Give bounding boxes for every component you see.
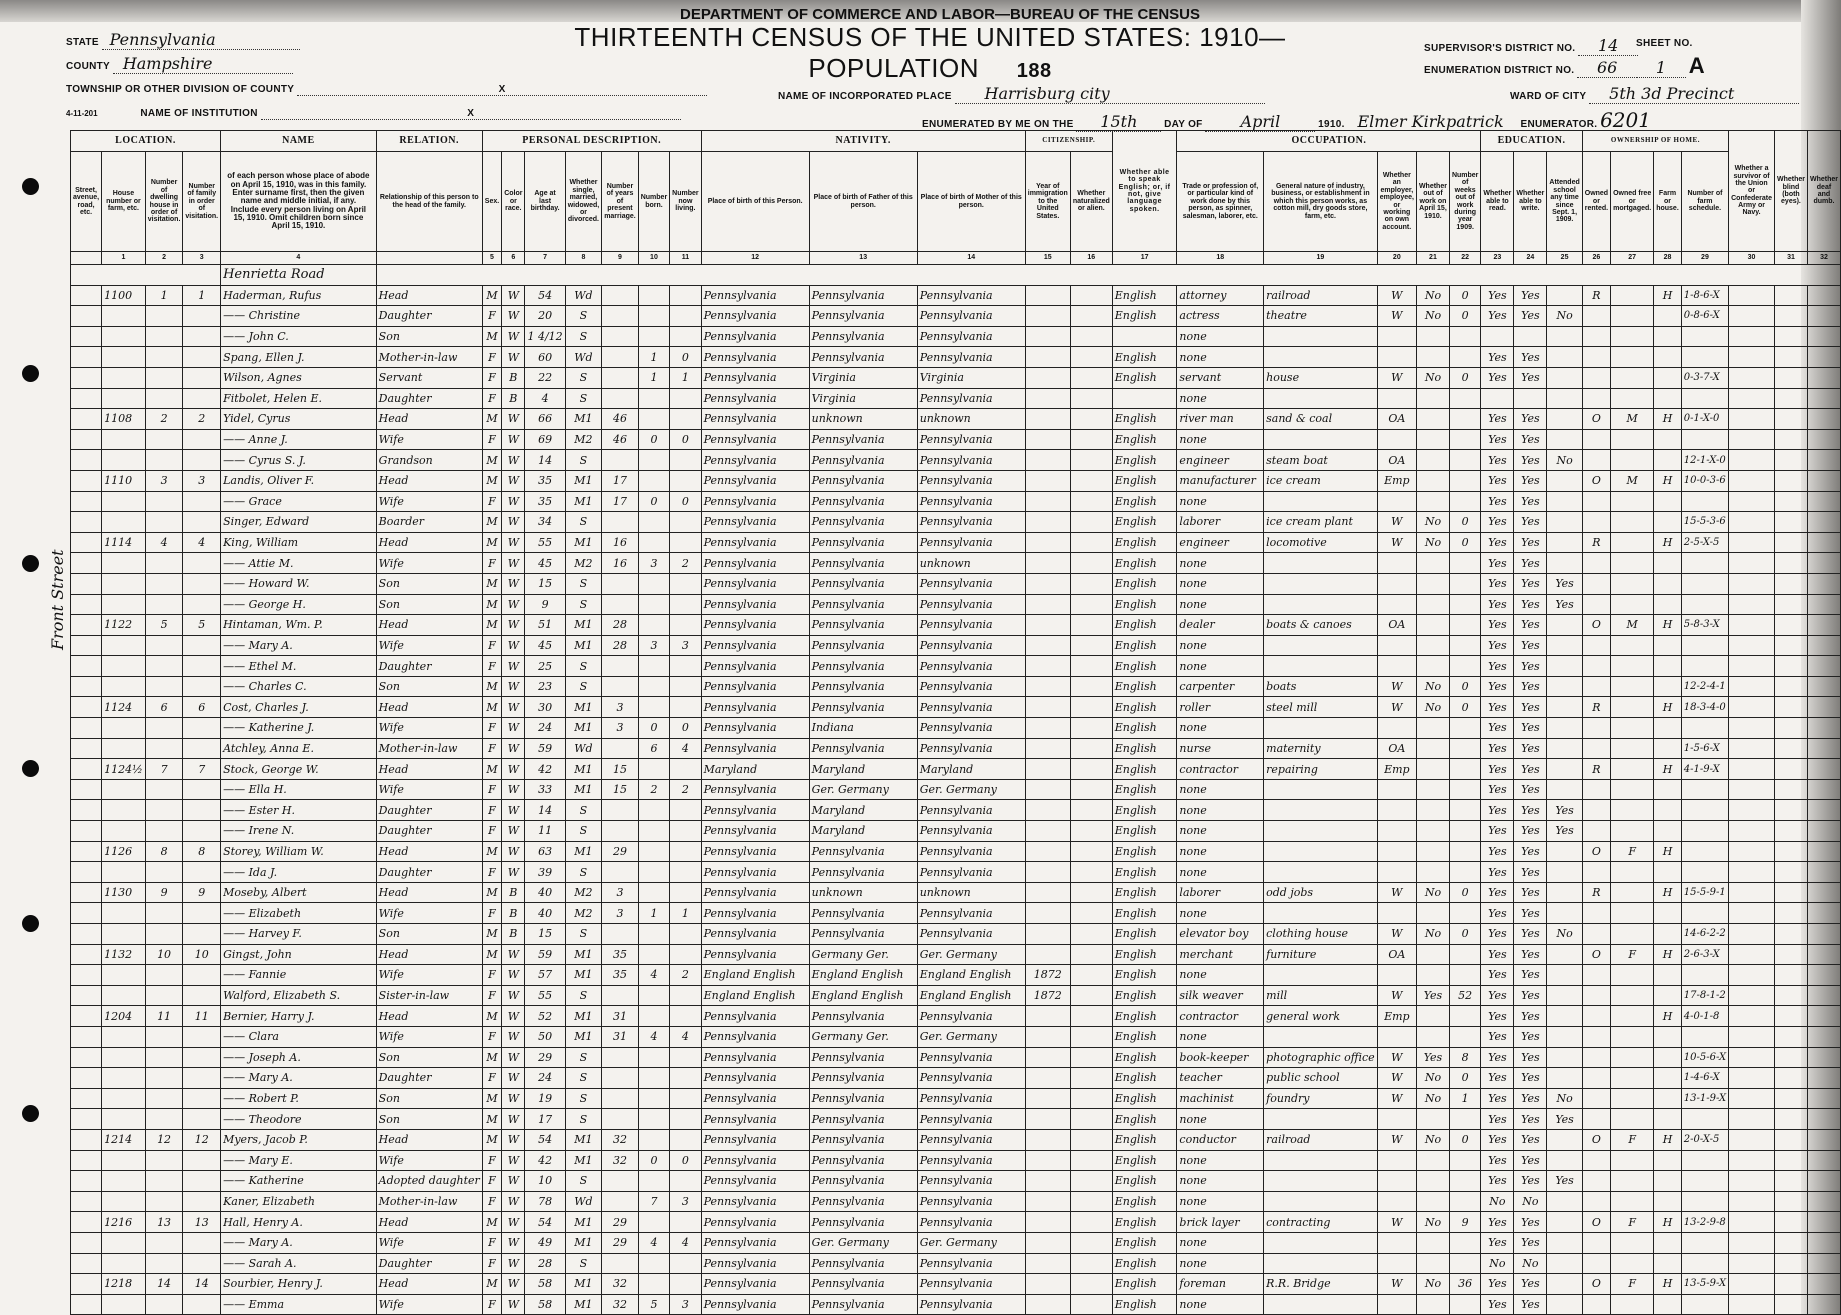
industry: boats & canoes bbox=[1264, 615, 1378, 636]
age: 78 bbox=[525, 1191, 565, 1212]
header-sex: Sex. bbox=[482, 152, 501, 252]
mortgage: F bbox=[1611, 1274, 1654, 1295]
industry bbox=[1264, 821, 1378, 842]
street-cell bbox=[71, 388, 102, 409]
farm-house bbox=[1654, 821, 1682, 842]
out-of-work bbox=[1416, 1191, 1449, 1212]
industry bbox=[1264, 862, 1378, 883]
house-number: 1122 bbox=[102, 615, 146, 636]
relationship: Boarder bbox=[376, 512, 482, 533]
person-name: —— Cyrus S. J. bbox=[221, 450, 377, 471]
house-number bbox=[102, 1109, 146, 1130]
children-living bbox=[670, 1212, 701, 1233]
farm-house bbox=[1654, 1191, 1682, 1212]
can-read: Yes bbox=[1481, 285, 1514, 306]
industry bbox=[1264, 718, 1378, 739]
birthplace-person: Pennsylvania bbox=[701, 1150, 809, 1171]
owned-rented bbox=[1582, 1191, 1610, 1212]
family-number bbox=[183, 800, 221, 821]
children-born bbox=[638, 697, 669, 718]
table-row: —— Howard W.SonMW15SPennsylvaniaPennsylv… bbox=[71, 573, 1841, 594]
trade: nurse bbox=[1177, 738, 1264, 759]
children-born bbox=[638, 759, 669, 780]
header-relation: Relationship of this person to the head … bbox=[376, 152, 482, 252]
column-number: 32 bbox=[1807, 252, 1840, 265]
children-born bbox=[638, 450, 669, 471]
can-write: Yes bbox=[1514, 1150, 1547, 1171]
language: English bbox=[1112, 656, 1177, 677]
out-of-work bbox=[1416, 759, 1449, 780]
can-write: Yes bbox=[1514, 759, 1547, 780]
children-born bbox=[638, 388, 669, 409]
birthplace-person: Pennsylvania bbox=[701, 738, 809, 759]
can-write: Yes bbox=[1514, 470, 1547, 491]
relationship: Wife bbox=[376, 1294, 482, 1315]
owned-rented bbox=[1582, 367, 1610, 388]
relationship: Head bbox=[376, 1212, 482, 1233]
farm-house: H bbox=[1654, 615, 1682, 636]
race: B bbox=[502, 388, 525, 409]
naturalization bbox=[1070, 512, 1112, 533]
out-of-work: No bbox=[1416, 1274, 1449, 1295]
punch-hole bbox=[22, 555, 39, 572]
dwelling-number: 3 bbox=[145, 470, 183, 491]
house-number bbox=[102, 1171, 146, 1192]
birthplace-mother: Pennsylvania bbox=[917, 512, 1025, 533]
birthplace-father: Pennsylvania bbox=[809, 676, 917, 697]
table-row: 111033Landis, Oliver F.HeadMW35M117Penns… bbox=[71, 470, 1841, 491]
weeks-out: 52 bbox=[1449, 985, 1480, 1006]
mortgage bbox=[1611, 676, 1654, 697]
relationship: Grandson bbox=[376, 450, 482, 471]
institution-value: X bbox=[261, 108, 681, 120]
blind bbox=[1774, 985, 1807, 1006]
birthplace-father: Pennsylvania bbox=[809, 1294, 917, 1315]
sex: F bbox=[482, 1191, 501, 1212]
age: 34 bbox=[525, 512, 565, 533]
table-row: —— KatherineAdopted daughterFW10SPennsyl… bbox=[71, 1171, 1841, 1192]
family-number bbox=[183, 306, 221, 327]
office-code: 17-8-1-2 bbox=[1681, 985, 1728, 1006]
group-name: NAME bbox=[221, 131, 377, 152]
blind bbox=[1774, 862, 1807, 883]
years-married: 46 bbox=[602, 429, 639, 450]
out-of-work: No bbox=[1416, 1068, 1449, 1089]
employment-class bbox=[1377, 779, 1416, 800]
weeks-out bbox=[1449, 409, 1480, 430]
house-number bbox=[102, 862, 146, 883]
owned-rented: O bbox=[1582, 409, 1610, 430]
house-number bbox=[102, 388, 146, 409]
table-row: 12041111Bernier, Harry J.HeadMW52M131Pen… bbox=[71, 1006, 1841, 1027]
birthplace-person: Pennsylvania bbox=[701, 821, 809, 842]
dwelling-number bbox=[145, 779, 183, 800]
school bbox=[1547, 1274, 1582, 1295]
relationship: Wife bbox=[376, 635, 482, 656]
out-of-work bbox=[1416, 594, 1449, 615]
can-write: Yes bbox=[1514, 1047, 1547, 1068]
birthplace-father: Pennsylvania bbox=[809, 306, 917, 327]
mortgage bbox=[1611, 367, 1654, 388]
house-number: 1126 bbox=[102, 841, 146, 862]
marital-status: M1 bbox=[565, 409, 602, 430]
marital-status: M1 bbox=[565, 718, 602, 739]
trade: none bbox=[1177, 1171, 1264, 1192]
street-cell bbox=[71, 470, 102, 491]
age: 66 bbox=[525, 409, 565, 430]
ward-value: 5th 3d Precinct bbox=[1589, 84, 1799, 104]
veteran bbox=[1729, 367, 1775, 388]
children-living bbox=[670, 862, 701, 883]
language: English bbox=[1112, 903, 1177, 924]
mortgage: M bbox=[1611, 409, 1654, 430]
out-of-work bbox=[1416, 862, 1449, 883]
naturalization bbox=[1070, 1088, 1112, 1109]
weeks-out bbox=[1449, 1006, 1480, 1027]
marital-status: M2 bbox=[565, 903, 602, 924]
language: English bbox=[1112, 676, 1177, 697]
birthplace-father: Virginia bbox=[809, 388, 917, 409]
sex: F bbox=[482, 821, 501, 842]
street-cell bbox=[71, 1026, 102, 1047]
street-cell bbox=[71, 1274, 102, 1295]
owned-rented bbox=[1582, 1171, 1610, 1192]
employment-class bbox=[1377, 1109, 1416, 1130]
out-of-work bbox=[1416, 1150, 1449, 1171]
naturalization bbox=[1070, 491, 1112, 512]
owned-rented bbox=[1582, 635, 1610, 656]
enumeration-district-field: ENUMERATION DISTRICT NO. 66 bbox=[1424, 58, 1637, 78]
header-name: of each person whose place of abode on A… bbox=[221, 152, 377, 252]
table-row: 111444King, WilliamHeadMW55M116Pennsylva… bbox=[71, 532, 1841, 553]
house-number bbox=[102, 1294, 146, 1315]
house-number bbox=[102, 1047, 146, 1068]
relationship: Wife bbox=[376, 779, 482, 800]
immigration-year bbox=[1025, 1191, 1070, 1212]
can-read: Yes bbox=[1481, 862, 1514, 883]
children-living bbox=[670, 1129, 701, 1150]
immigration-year bbox=[1025, 1109, 1070, 1130]
header-weeks-out: Number of weeks out of work during year … bbox=[1449, 152, 1480, 252]
office-code bbox=[1681, 429, 1728, 450]
naturalization bbox=[1070, 821, 1112, 842]
school: Yes bbox=[1547, 1109, 1582, 1130]
weeks-out bbox=[1449, 470, 1480, 491]
trade: contractor bbox=[1177, 1006, 1264, 1027]
blind bbox=[1774, 1294, 1807, 1315]
school: Yes bbox=[1547, 573, 1582, 594]
weeks-out bbox=[1449, 1026, 1480, 1047]
children-born bbox=[638, 841, 669, 862]
family-number bbox=[183, 450, 221, 471]
farm-house bbox=[1654, 553, 1682, 574]
office-code bbox=[1681, 862, 1728, 883]
person-name: —— Christine bbox=[221, 306, 377, 327]
deaf bbox=[1807, 718, 1840, 739]
deaf bbox=[1807, 409, 1840, 430]
birthplace-mother: Pennsylvania bbox=[917, 1171, 1025, 1192]
farm-house bbox=[1654, 862, 1682, 883]
family-number bbox=[183, 718, 221, 739]
mortgage bbox=[1611, 306, 1654, 327]
weeks-out: 0 bbox=[1449, 367, 1480, 388]
dwelling-number bbox=[145, 965, 183, 986]
language: English bbox=[1112, 779, 1177, 800]
person-name: Spang, Ellen J. bbox=[221, 347, 377, 368]
owned-rented: O bbox=[1582, 1274, 1610, 1295]
owned-rented bbox=[1582, 779, 1610, 800]
group-nativity: NATIVITY. bbox=[701, 131, 1025, 152]
birthplace-person: England English bbox=[701, 985, 809, 1006]
birthplace-father: Pennsylvania bbox=[809, 1129, 917, 1150]
weeks-out: 0 bbox=[1449, 285, 1480, 306]
header-owned-rented: Owned or rented. bbox=[1582, 152, 1610, 252]
naturalization bbox=[1070, 553, 1112, 574]
veteran bbox=[1729, 429, 1775, 450]
race: B bbox=[502, 924, 525, 945]
immigration-year bbox=[1025, 697, 1070, 718]
immigration-year bbox=[1025, 306, 1070, 327]
deaf bbox=[1807, 924, 1840, 945]
office-code: 0-3-7-X bbox=[1681, 367, 1728, 388]
naturalization bbox=[1070, 1232, 1112, 1253]
birthplace-father: Maryland bbox=[809, 821, 917, 842]
school bbox=[1547, 1047, 1582, 1068]
birthplace-father: Pennsylvania bbox=[809, 1212, 917, 1233]
trade: dealer bbox=[1177, 615, 1264, 636]
industry: contracting bbox=[1264, 1212, 1378, 1233]
birthplace-mother: Pennsylvania bbox=[917, 924, 1025, 945]
out-of-work bbox=[1416, 573, 1449, 594]
deaf bbox=[1807, 1006, 1840, 1027]
house-number bbox=[102, 821, 146, 842]
race: B bbox=[502, 367, 525, 388]
employment-class: W bbox=[1377, 512, 1416, 533]
birthplace-mother: Pennsylvania bbox=[917, 821, 1025, 842]
family-number bbox=[183, 388, 221, 409]
children-living: 2 bbox=[670, 965, 701, 986]
race: W bbox=[502, 1026, 525, 1047]
out-of-work bbox=[1416, 738, 1449, 759]
farm-house bbox=[1654, 965, 1682, 986]
children-born bbox=[638, 306, 669, 327]
race: W bbox=[502, 347, 525, 368]
children-born bbox=[638, 532, 669, 553]
years-married: 32 bbox=[602, 1129, 639, 1150]
column-number: 30 bbox=[1729, 252, 1775, 265]
weeks-out bbox=[1449, 491, 1480, 512]
sheet-number-field: SHEET NO. 1 A bbox=[1636, 38, 1705, 79]
dwelling-number bbox=[145, 1232, 183, 1253]
employment-class bbox=[1377, 1232, 1416, 1253]
group-citizenship: CITIZENSHIP. bbox=[1025, 131, 1112, 152]
birthplace-father: Maryland bbox=[809, 759, 917, 780]
out-of-work: No bbox=[1416, 1129, 1449, 1150]
school bbox=[1547, 882, 1582, 903]
weeks-out bbox=[1449, 779, 1480, 800]
sex: F bbox=[482, 1294, 501, 1315]
children-born bbox=[638, 1212, 669, 1233]
out-of-work bbox=[1416, 1026, 1449, 1047]
can-read: Yes bbox=[1481, 1047, 1514, 1068]
birthplace-father: Pennsylvania bbox=[809, 1274, 917, 1295]
industry bbox=[1264, 594, 1378, 615]
sex: F bbox=[482, 1253, 501, 1274]
enumerator-id: 6201 bbox=[1600, 108, 1651, 132]
street-cell bbox=[71, 841, 102, 862]
relationship: Daughter bbox=[376, 821, 482, 842]
race: W bbox=[502, 1006, 525, 1027]
house-number bbox=[102, 718, 146, 739]
children-living bbox=[670, 944, 701, 965]
mortgage bbox=[1611, 985, 1654, 1006]
owned-rented bbox=[1582, 347, 1610, 368]
birthplace-mother: Pennsylvania bbox=[917, 1253, 1025, 1274]
can-read: Yes bbox=[1481, 1026, 1514, 1047]
table-row: —— EmmaWifeFW58M13253PennsylvaniaPennsyl… bbox=[71, 1294, 1841, 1315]
person-name: —— Charles C. bbox=[221, 676, 377, 697]
blind bbox=[1774, 676, 1807, 697]
veteran bbox=[1729, 491, 1775, 512]
children-born: 5 bbox=[638, 1294, 669, 1315]
age: 28 bbox=[525, 1253, 565, 1274]
employment-class: W bbox=[1377, 1047, 1416, 1068]
mortgage bbox=[1611, 512, 1654, 533]
sex: F bbox=[482, 1232, 501, 1253]
children-living bbox=[670, 676, 701, 697]
farm-house: H bbox=[1654, 882, 1682, 903]
years-married: 32 bbox=[602, 1274, 639, 1295]
owned-rented bbox=[1582, 985, 1610, 1006]
birthplace-father: Pennsylvania bbox=[809, 1088, 917, 1109]
farm-house bbox=[1654, 1026, 1682, 1047]
mortgage bbox=[1611, 532, 1654, 553]
blind bbox=[1774, 1088, 1807, 1109]
enumerator-name: Elmer Kirkpatrick bbox=[1357, 112, 1503, 131]
house-number bbox=[102, 512, 146, 533]
birthplace-person: Pennsylvania bbox=[701, 800, 809, 821]
weeks-out bbox=[1449, 821, 1480, 842]
family-number: 6 bbox=[183, 697, 221, 718]
header-blind: Whether blind (both eyes). bbox=[1774, 131, 1807, 252]
naturalization bbox=[1070, 635, 1112, 656]
sex: M bbox=[482, 924, 501, 945]
dwelling-number: 14 bbox=[145, 1274, 183, 1295]
immigration-year bbox=[1025, 1232, 1070, 1253]
sex: F bbox=[482, 553, 501, 574]
deaf bbox=[1807, 285, 1840, 306]
mortgage bbox=[1611, 1253, 1654, 1274]
relationship: Servant bbox=[376, 367, 482, 388]
street-cell bbox=[71, 862, 102, 883]
table-row: —— GraceWifeFW35M11700PennsylvaniaPennsy… bbox=[71, 491, 1841, 512]
children-living: 4 bbox=[670, 738, 701, 759]
birthplace-person: Pennsylvania bbox=[701, 594, 809, 615]
children-living bbox=[670, 1109, 701, 1130]
children-born bbox=[638, 615, 669, 636]
birthplace-mother: Maryland bbox=[917, 759, 1025, 780]
birthplace-mother: Pennsylvania bbox=[917, 326, 1025, 347]
mortgage: F bbox=[1611, 944, 1654, 965]
house-number: 1130 bbox=[102, 882, 146, 903]
age: 19 bbox=[525, 1088, 565, 1109]
school bbox=[1547, 862, 1582, 883]
header-street: Street, avenue, road, etc. bbox=[71, 152, 102, 252]
birthplace-father: Ger. Germany bbox=[809, 1232, 917, 1253]
employment-class: W bbox=[1377, 882, 1416, 903]
children-born: 1 bbox=[638, 903, 669, 924]
years-married bbox=[602, 347, 639, 368]
birthplace-father: Pennsylvania bbox=[809, 862, 917, 883]
house-number bbox=[102, 738, 146, 759]
out-of-work bbox=[1416, 388, 1449, 409]
weeks-out bbox=[1449, 1150, 1480, 1171]
birthplace-person: Pennsylvania bbox=[701, 409, 809, 430]
race: W bbox=[502, 759, 525, 780]
person-name: —— Clara bbox=[221, 1026, 377, 1047]
street-cell bbox=[71, 306, 102, 327]
deaf bbox=[1807, 306, 1840, 327]
years-married: 32 bbox=[602, 1150, 639, 1171]
school bbox=[1547, 718, 1582, 739]
age: 49 bbox=[525, 1232, 565, 1253]
county-label: COUNTY bbox=[66, 61, 110, 72]
house-number bbox=[102, 965, 146, 986]
veteran bbox=[1729, 697, 1775, 718]
relationship: Head bbox=[376, 615, 482, 636]
table-row: —— Joseph A.SonMW29SPennsylvaniaPennsylv… bbox=[71, 1047, 1841, 1068]
language: English bbox=[1112, 738, 1177, 759]
dwelling-number: 10 bbox=[145, 944, 183, 965]
industry: steel mill bbox=[1264, 697, 1378, 718]
years-married bbox=[602, 1068, 639, 1089]
language: English bbox=[1112, 1294, 1177, 1315]
person-name: —— Ella H. bbox=[221, 779, 377, 800]
dwelling-number bbox=[145, 676, 183, 697]
marital-status: M1 bbox=[565, 1232, 602, 1253]
office-code bbox=[1681, 965, 1728, 986]
sheet-label: SHEET NO. bbox=[1636, 38, 1705, 49]
trade: roller bbox=[1177, 697, 1264, 718]
can-write: Yes bbox=[1514, 635, 1547, 656]
house-number: 1214 bbox=[102, 1129, 146, 1150]
birthplace-mother: Pennsylvania bbox=[917, 1006, 1025, 1027]
ward-label: WARD OF CITY bbox=[1510, 91, 1586, 102]
birthplace-person: Maryland bbox=[701, 759, 809, 780]
sheet-side: A bbox=[1689, 53, 1705, 78]
sex: M bbox=[482, 615, 501, 636]
years-married bbox=[602, 306, 639, 327]
farm-house: H bbox=[1654, 409, 1682, 430]
race: W bbox=[502, 470, 525, 491]
children-born: 0 bbox=[638, 491, 669, 512]
group-location: LOCATION. bbox=[71, 131, 221, 152]
house-number bbox=[102, 367, 146, 388]
age: 30 bbox=[525, 697, 565, 718]
children-born bbox=[638, 656, 669, 677]
farm-house bbox=[1654, 635, 1682, 656]
farm-house: H bbox=[1654, 944, 1682, 965]
owned-rented: O bbox=[1582, 1129, 1610, 1150]
can-read: Yes bbox=[1481, 676, 1514, 697]
street-name-row: Henrietta Road bbox=[71, 265, 1841, 286]
mortgage bbox=[1611, 903, 1654, 924]
years-married bbox=[602, 1047, 639, 1068]
language: English bbox=[1112, 821, 1177, 842]
owned-rented: R bbox=[1582, 285, 1610, 306]
can-read: Yes bbox=[1481, 1171, 1514, 1192]
immigration-year bbox=[1025, 388, 1070, 409]
